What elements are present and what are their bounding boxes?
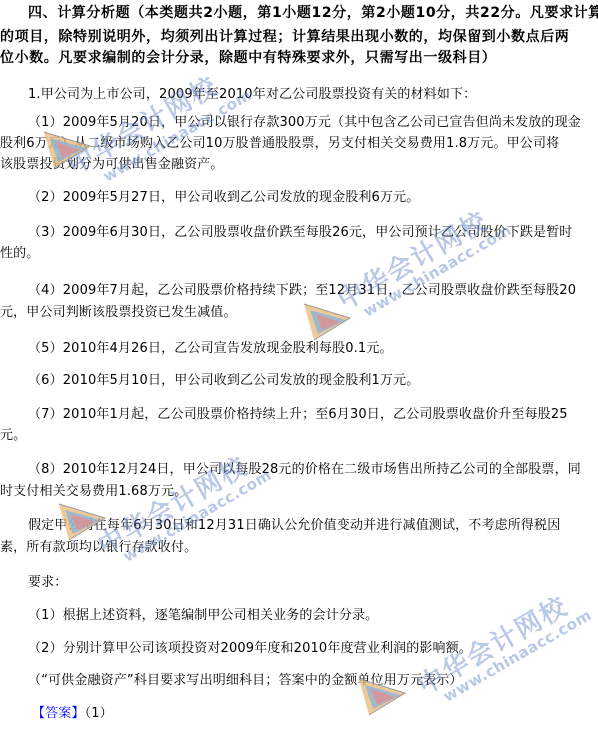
item-7-line-2: 元。	[0, 426, 598, 446]
item-3-line-2: 性的。	[0, 244, 598, 264]
watermark-logo-icon	[55, 500, 113, 546]
watermark-logo-icon	[355, 675, 413, 721]
requirement-2: （2）分别计算甲公司该项投资对2009年度和2010年度营业利润的影响额。	[28, 639, 598, 659]
item-2-line-1: （2）2009年5月27日，甲公司收到乙公司发放的现金股利6万元。	[28, 188, 598, 208]
section-header-line-3: 位小数。凡要求编制的会计分录，除题中有特殊要求外，只需写出一级科目）	[0, 48, 598, 68]
item-7-line-1: （7）2010年1月起，乙公司股票价格持续上升；至6月30日，乙公司股票收盘价升…	[28, 405, 598, 425]
item-4-line-2: 元，甲公司判断该股票投资已发生减值。	[0, 303, 598, 323]
answer-text: （1）	[85, 706, 113, 721]
answer-tag-link[interactable]: 【答案】	[32, 706, 85, 721]
answer-line: 【答案】（1）	[32, 704, 598, 724]
requirements-label: 要求：	[28, 573, 598, 593]
item-4-line-1: （4）2009年7月起，乙公司股票价格持续下跌；至12月31日，乙公司股票收盘价…	[28, 281, 598, 301]
document: 四、计算分析题（本类题共2小题，第1小题12分，第2小题10分，共22分。凡要求…	[0, 0, 598, 732]
watermark-logo-icon	[40, 128, 98, 174]
requirement-note: （“可供金融资产”科目要求写出明细科目；答案中的金额单位用万元表示）	[28, 671, 598, 691]
requirement-1: （1）根据上述资料，逐笔编制甲公司相关业务的会计分录。	[28, 606, 598, 626]
item-3-line-1: （3）2009年6月30日，乙公司股票收盘价跌至每股26元，甲公司预计乙公司股价…	[28, 223, 598, 243]
item-8-line-2: 时支付相关交易费用1.68万元。	[0, 482, 598, 502]
watermark-logo-icon	[300, 300, 358, 346]
item-8-line-1: （8）2010年12月24日，甲公司以每股28元的价格在二级市场售出所持乙公司的…	[28, 460, 598, 480]
question-intro: 1.甲公司为上市公司，2009年至2010年对乙公司股票投资有关的材料如下：	[28, 85, 598, 105]
item-1-line-1: （1）2009年5月20日，甲公司以银行存款300万元（其中包含乙公司已宣告但尚…	[28, 113, 598, 133]
assumption-line-1: 假定甲公司在每年6月30日和12月31日确认公允价值变动并进行减值测试，不考虑所…	[28, 516, 598, 536]
section-header-line-1: 四、计算分析题（本类题共2小题，第1小题12分，第2小题10分，共22分。凡要求…	[28, 3, 598, 23]
item-6-line-1: （6）2010年5月10日，甲公司收到乙公司发放的现金股利1万元。	[28, 371, 598, 391]
section-header-line-2: 的项目，除特别说明外，均须列出计算过程；计算结果出现小数的，均保留到小数点后两	[0, 27, 598, 47]
